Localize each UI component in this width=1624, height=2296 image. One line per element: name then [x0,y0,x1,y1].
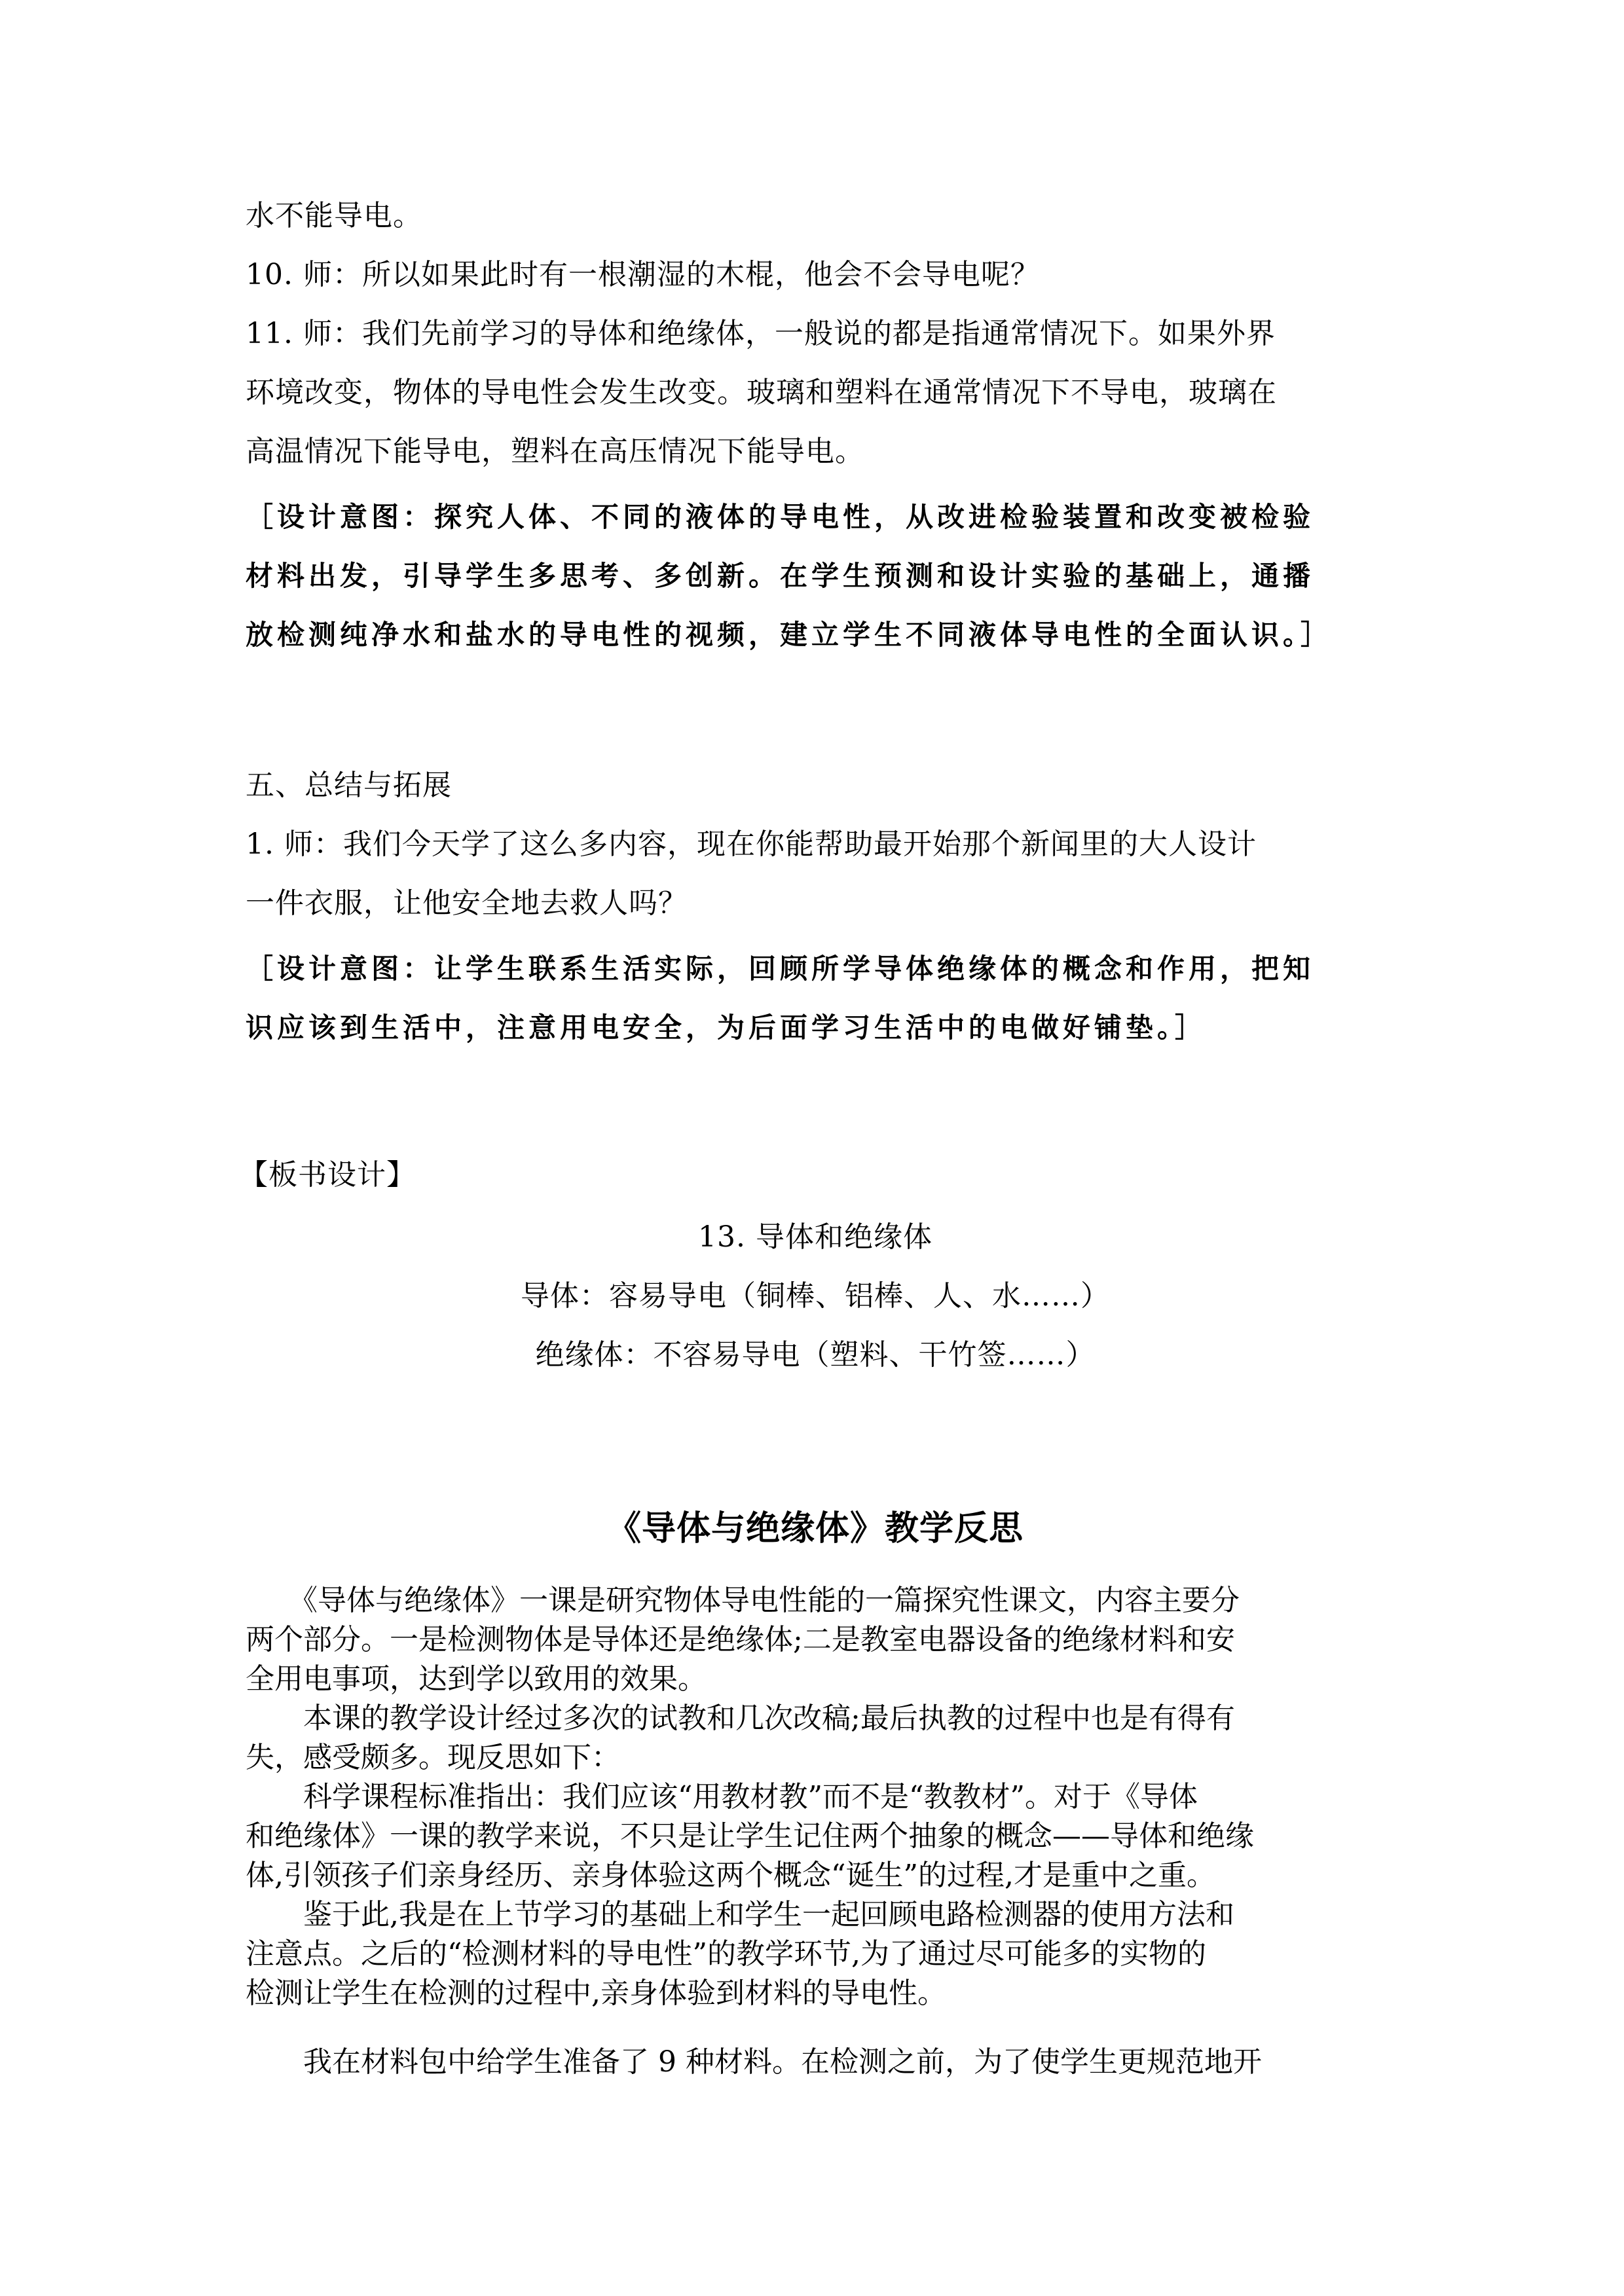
board-design-heading: 【板书设计】 [239,1156,1378,1195]
body-text-line: 高温情况下能导电，塑料在高压情况下能导电。 [246,432,1385,471]
board-title: 13. 导体和绝缘体 [246,1218,1385,1257]
design-intent-line: ［设计意图：让学生联系生活实际，回顾所学导体绝缘体的概念和作用，把知 [246,949,1385,989]
design-intent-line: 材料出发，引导学生多思考、多创新。在学生预测和设计实验的基础上，通播 [246,556,1385,596]
reflection-line: 鉴于此,我是在上节学习的基础上和学生一起回顾电路检测器的使用方法和 [246,1895,1385,1935]
document-page: 水不能导电。 10. 师：所以如果此时有一根潮湿的木棍，他会不会导电呢？ 11.… [0,0,1624,2296]
body-text-line: 1. 师：我们今天学了这么多内容，现在你能帮助最开始那个新闻里的大人设计 [246,825,1385,864]
reflection-line: 注意点。之后的“检测材料的导电性”的教学环节,为了通过尽可能多的实物的 [246,1935,1385,1974]
reflection-line: 我在材料包中给学生准备了 9 种材料。在检测之前，为了使学生更规范地开 [246,2043,1385,2082]
body-text-line: 环境改变，物体的导电性会发生改变。玻璃和塑料在通常情况下不导电，玻璃在 [246,373,1385,412]
body-text-line: 10. 师：所以如果此时有一根潮湿的木棍，他会不会导电呢？ [246,255,1385,295]
board-insulator: 绝缘体：不容易导电（塑料、干竹签……） [246,1336,1385,1375]
reflection-line: 全用电事项，达到学以致用的效果。 [246,1660,1385,1699]
reflection-line: 科学课程标准指出：我们应该“用教材教”而不是“教教材”。对于《导体 [246,1777,1385,1817]
design-intent-line: 识应该到生活中，注意用电安全，为后面学习生活中的电做好铺垫。］ [246,1008,1385,1048]
body-text-line: 一件衣服，让他安全地去救人吗？ [246,884,1385,923]
reflection-line: 失，感受颇多。现反思如下： [246,1738,1385,1777]
section-heading: 五、总结与拓展 [246,766,1385,805]
reflection-line: 本课的教学设计经过多次的试教和几次改稿;最后执教的过程中也是有得有 [246,1699,1385,1738]
reflection-title: 《导体与绝缘体》教学反思 [246,1506,1385,1552]
reflection-line: 和绝缘体》一课的教学来说，不只是让学生记住两个抽象的概念——导体和绝缘 [246,1817,1385,1856]
body-text-line: 水不能导电。 [246,196,1385,236]
design-intent-line: ［设计意图：探究人体、不同的液体的导电性，从改进检验装置和改变被检验 [246,498,1385,537]
reflection-line: 体,引领孩子们亲身经历、亲身体验这两个概念“诞生”的过程,才是重中之重。 [246,1856,1385,1895]
reflection-line: 检测让学生在检测的过程中,亲身体验到材料的导电性。 [246,1974,1385,2013]
body-text-line: 11. 师：我们先前学习的导体和绝缘体，一般说的都是指通常情况下。如果外界 [246,314,1385,354]
reflection-line: 《导体与绝缘体》一课是研究物体导电性能的一篇探究性课文，内容主要分 [246,1581,1385,1620]
design-intent-line: 放检测纯净水和盐水的导电性的视频，建立学生不同液体导电性的全面认识。］ [246,615,1385,655]
board-conductor: 导体：容易导电（铜棒、铝棒、人、水……） [246,1277,1385,1316]
reflection-line: 两个部分。一是检测物体是导体还是绝缘体;二是教室电器设备的绝缘材料和安 [246,1620,1385,1660]
